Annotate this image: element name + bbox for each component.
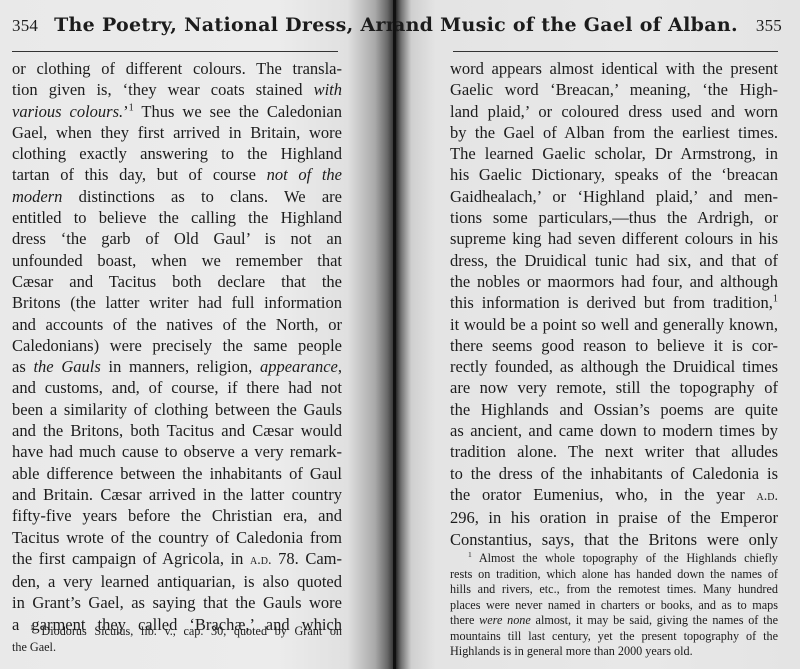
text-line: the nobles or maormors had four, and alt… [450, 271, 778, 292]
footnote-line: rests on tradition, which alone has hand… [450, 567, 778, 583]
footnote-line: hills and rivers, etc., from the remotes… [450, 582, 778, 598]
right-page: and Music of the Gael of Alban. 355 word… [395, 0, 800, 669]
text-line: Gael, when they first arrived in Britain… [12, 122, 342, 143]
text-line: Gaidhealach,’ or ‘Highland plaid,’ and m… [450, 186, 778, 207]
left-header-rule [12, 51, 338, 52]
text-line: the orator Eumenius, who, in the year a.… [450, 484, 778, 507]
text-line: tartan of this day, but of course not of… [12, 164, 342, 185]
right-page-number: 355 [756, 16, 782, 36]
text-line: to the dress of the inhabitants of Caled… [450, 463, 778, 484]
text-line: entitled to believe the calling the High… [12, 207, 342, 228]
text-line: the Highlands and Ossian’s poems are qui… [450, 399, 778, 420]
text-line: fifty-five years before the Christian er… [12, 505, 342, 526]
text-line: rectly founded, as although the Druidica… [450, 356, 778, 377]
text-line: this information is derived but from tra… [450, 292, 778, 313]
footnote-reference: 1 [773, 294, 778, 305]
text-line: The learned Gaelic scholar, Dr Armstrong… [450, 143, 778, 164]
text-line: Tacitus wrote of the country of Caledoni… [12, 527, 342, 548]
text-line: 296, in his oration in praise of the Emp… [450, 507, 778, 528]
text-line: word appears almost identical with the p… [450, 58, 778, 79]
italic-text: the Gauls [33, 357, 100, 376]
small-caps-text: a.d. [757, 489, 778, 504]
left-page-number: 354 [12, 16, 38, 36]
footnote-marker: 1 [30, 623, 34, 632]
italic-text: were none [479, 613, 531, 627]
text-line: Caledonians) were precisely the same peo… [12, 335, 342, 356]
footnote-line: there were none almost, it may be said, … [450, 613, 778, 629]
text-line: modern distinctions as to clans. We are [12, 186, 342, 207]
footnote-line: the Gael. [12, 640, 342, 656]
text-line: as the Gauls in manners, religion, appea… [12, 356, 342, 377]
text-line: by the Gael of Alban from the earliest t… [450, 122, 778, 143]
italic-text: modern [12, 187, 62, 206]
footnote-line: places were never named in charters or b… [450, 598, 778, 614]
text-line: the first campaign of Agricola, in a.d. … [12, 548, 342, 571]
right-header-rule [453, 51, 778, 52]
text-line: tradition alone. The next writer that al… [450, 441, 778, 462]
footnote-line: 1 Almost the whole topography of the Hig… [450, 551, 778, 567]
text-line: land plaid,’ or coloured dress used and … [450, 101, 778, 122]
left-running-title: The Poetry, National Dress, Arms, [54, 14, 395, 36]
text-line: clothing exactly answering to the Highla… [12, 143, 342, 164]
small-caps-text: a.d. [250, 553, 271, 568]
text-line: as ancient, and came down to modern time… [450, 420, 778, 441]
italic-text: various colours. [12, 102, 123, 121]
text-line: and customs, and, of course, if there ha… [12, 377, 342, 398]
text-line: Gaelic word ‘Breacan,’ meaning, ‘the Hig… [450, 79, 778, 100]
text-line: tion given is, ‘they wear coats stained … [12, 79, 342, 100]
book-spread: 354 The Poetry, National Dress, Arms, or… [0, 0, 800, 669]
text-line: and accounts of the natives of the North… [12, 314, 342, 335]
right-running-title: and Music of the Gael of Alban. [395, 14, 738, 36]
right-footnote: 1 Almost the whole topography of the Hig… [450, 551, 778, 660]
footnote-line: Highlands is in general more than 2000 y… [450, 644, 778, 660]
text-line: Britons (the latter writer had full info… [12, 292, 342, 313]
footnote-marker: 1 [468, 550, 472, 559]
text-line: able difference between the inhabitants … [12, 463, 342, 484]
footnote-line: 1 Diodorus Siculus, lib. v., cap. 30, qu… [12, 624, 342, 640]
text-line: are now very remote, still the topograph… [450, 377, 778, 398]
right-body-text: word appears almost identical with the p… [450, 58, 778, 550]
text-line: tions some particulars,—thus the Ardrigh… [450, 207, 778, 228]
text-line: there seems good reason to believe it is… [450, 335, 778, 356]
text-line: supreme king had seven different colours… [450, 228, 778, 249]
text-line: his Gaelic Dictionary, speaks of the ‘br… [450, 164, 778, 185]
left-running-head: 354 The Poetry, National Dress, Arms, [12, 14, 395, 46]
text-line: been a similarity of clothing between th… [12, 399, 342, 420]
book-gutter [393, 0, 396, 669]
text-line: and the Britons, both Tacitus and Cæsar … [12, 420, 342, 441]
text-line: it would be a point so well and generall… [450, 314, 778, 335]
right-running-head: and Music of the Gael of Alban. 355 [395, 14, 782, 46]
text-line: have had much cause to observe a very re… [12, 441, 342, 462]
text-line: or clothing of different colours. The tr… [12, 58, 342, 79]
italic-text: not of the [267, 165, 342, 184]
italic-text: appearance [260, 357, 338, 376]
text-line: various colours.’1 Thus we see the Caled… [12, 101, 342, 122]
text-line: den, a very learned antiquarian, is also… [12, 571, 342, 592]
left-page: 354 The Poetry, National Dress, Arms, or… [0, 0, 395, 669]
text-line: unfounded boast, when we remember that [12, 250, 342, 271]
text-line: dress, the Druidical tunic had six, and … [450, 250, 778, 271]
left-body-text: or clothing of different colours. The tr… [12, 58, 342, 635]
italic-text: with [314, 80, 342, 99]
text-line: in Grant’s Gael, as saying that the Gaul… [12, 592, 342, 613]
footnote-reference: 1 [129, 102, 134, 113]
text-line: and Britain. Cæsar arrived in the latter… [12, 484, 342, 505]
text-line: Constantius, says, that the Britons were… [450, 529, 778, 550]
footnote-line: mountains till last century, yet the pre… [450, 629, 778, 645]
text-line: Cæsar and Tacitus both declare that the [12, 271, 342, 292]
text-line: dress ‘the garb of Old Gaul’ is not an [12, 228, 342, 249]
left-footnote: 1 Diodorus Siculus, lib. v., cap. 30, qu… [12, 624, 342, 655]
